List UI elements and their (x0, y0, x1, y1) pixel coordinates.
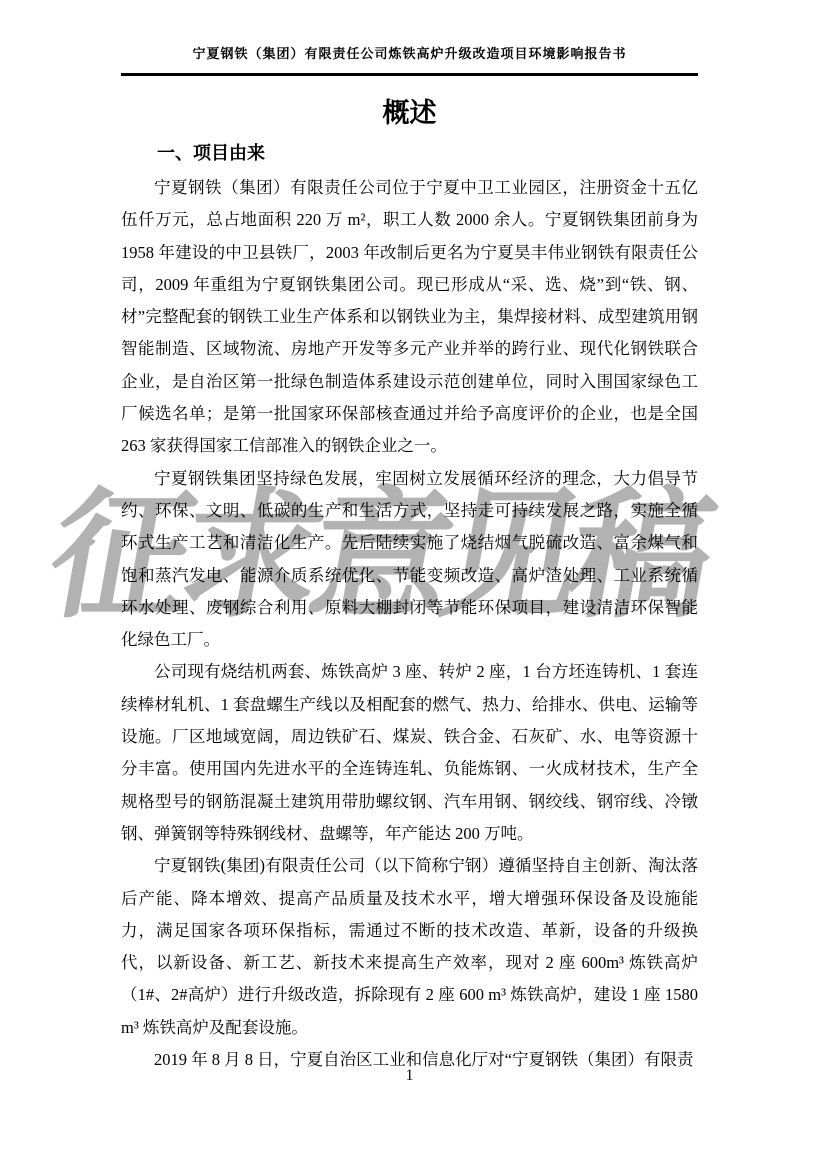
page-number: 1 (0, 1066, 819, 1086)
paragraph-company-intro: 宁夏钢铁（集团）有限责任公司位于宁夏中卫工业园区，注册资金十五亿伍仟万元，总占地… (121, 172, 698, 463)
page-title: 概述 (121, 98, 698, 128)
paragraph-green-development: 宁夏钢铁集团坚持绿色发展，牢固树立发展循环经济的理念，大力倡导节约、环保、文明、… (121, 463, 698, 657)
document-page: 征求意见稿 宁夏钢铁（集团）有限责任公司炼铁高炉升级改造项目环境影响报告书 概述… (0, 0, 819, 1158)
paragraph-existing-facilities: 公司现有烧结机两套、炼铁高炉 3 座、转炉 2 座，1 台方坯连铸机、1 套连续… (121, 656, 698, 850)
page-content: 宁夏钢铁（集团）有限责任公司炼铁高炉升级改造项目环境影响报告书 概述 一、项目由… (0, 0, 819, 1076)
paragraph-upgrade-plan: 宁夏钢铁(集团)有限责任公司（以下简称宁钢）遵循坚持自主创新、淘汰落后产能、降本… (121, 850, 698, 1044)
section-heading: 一、项目由来 (121, 142, 698, 164)
running-header: 宁夏钢铁（集团）有限责任公司炼铁高炉升级改造项目环境影响报告书 (121, 46, 698, 76)
